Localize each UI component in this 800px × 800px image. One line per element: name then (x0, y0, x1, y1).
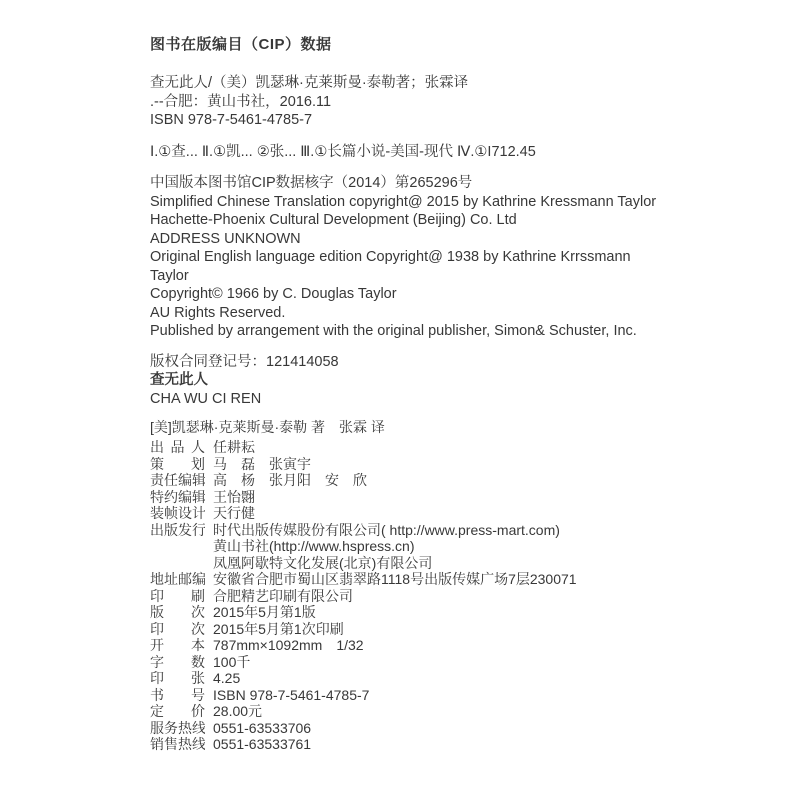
credit-value: 787mm×1092mm 1/32 (213, 637, 364, 654)
author-translator-line: [美]凯瑟琳·克莱斯曼·泰勒 著 张霖 译 (150, 419, 712, 436)
credit-value: 100千 (213, 654, 250, 671)
copyright-line: AU Rights Reserved. (150, 304, 712, 323)
credit-label: 出品人 (150, 439, 205, 456)
credit-label: 印张 (150, 670, 205, 687)
copyright-line: Hachette-Phoenix Cultural Development (B… (150, 211, 712, 230)
copyright-block: 中国版本图书馆CIP数据核字（2014）第265296号 Simplified … (150, 174, 712, 341)
credit-value: 0551-63533706 (213, 720, 311, 737)
credit-label: 特约编辑 (150, 489, 205, 506)
credit-value: 高 杨 张月阳 安 欣 (213, 472, 367, 489)
credit-label: 开本 (150, 637, 205, 654)
colophon-credits: 出品人 任耕耘 策划 马 磊 张寅宇 责任编辑 高 杨 张月阳 安 欣 特约编辑… (150, 439, 712, 753)
credit-row-format: 开本 787mm×1092mm 1/32 (150, 637, 712, 654)
credit-value: 4.25 (213, 670, 240, 687)
credit-row-printer: 印刷 合肥精艺印刷有限公司 (150, 588, 712, 605)
credit-row-service-hotline: 服务热线 0551-63533706 (150, 720, 712, 737)
credit-label: 字数 (150, 654, 205, 671)
credit-row-producer: 出品人 任耕耘 (150, 439, 712, 456)
cip-record-block: 查无此人/（美）凯瑟琳·克莱斯曼·泰勒著；张霖译 .--合肥：黄山书社，2016… (150, 74, 712, 130)
copyright-line: Simplified Chinese Translation copyright… (150, 193, 712, 212)
registration-block: 版权合同登记号：121414058 查无此人 CHA WU CI REN (150, 353, 712, 409)
book-title-pinyin: CHA WU CI REN (150, 390, 712, 409)
credit-row-isbn: 书号 ISBN 978-7-5461-4785-7 (150, 687, 712, 704)
cip-record-line-title: 查无此人/（美）凯瑟琳·克莱斯曼·泰勒著；张霖译 (150, 74, 712, 93)
credit-row-publisher: 出版发行 时代出版传媒股份有限公司( http://www.press-mart… (150, 522, 712, 572)
credit-row-design: 装帧设计 天行健 (150, 505, 712, 522)
copyright-line: Taylor (150, 267, 712, 286)
credit-label: 策划 (150, 456, 205, 473)
credit-value: 2015年5月第1版 (213, 604, 316, 621)
credit-row-word-count: 字数 100千 (150, 654, 712, 671)
credit-label: 印次 (150, 621, 205, 638)
credit-label: 责任编辑 (150, 472, 205, 489)
credit-value: 2015年5月第1次印刷 (213, 621, 344, 638)
credit-row-sales-hotline: 销售热线 0551-63533761 (150, 736, 712, 753)
cip-header: 图书在版编目（CIP）数据 (150, 36, 712, 54)
credit-value: 0551-63533761 (213, 736, 311, 753)
registration-number: 版权合同登记号：121414058 (150, 353, 712, 372)
credit-row-printing: 印次 2015年5月第1次印刷 (150, 621, 712, 638)
credit-value: 王怡翾 (213, 489, 255, 506)
credit-row-edition: 版次 2015年5月第1版 (150, 604, 712, 621)
credit-value: 合肥精艺印刷有限公司 (213, 588, 353, 605)
credit-value: 马 磊 张寅宇 (213, 456, 311, 473)
credit-value: 天行健 (213, 505, 255, 522)
credit-row-contributing-editor: 特约编辑 王怡翾 (150, 489, 712, 506)
credit-label: 版次 (150, 604, 205, 621)
credit-value: ISBN 978-7-5461-4785-7 (213, 687, 369, 704)
credit-label: 定价 (150, 703, 205, 720)
credit-value: 任耕耘 (213, 439, 255, 456)
copyright-line: Copyright© 1966 by C. Douglas Taylor (150, 285, 712, 304)
copyright-page: 图书在版编目（CIP）数据 查无此人/（美）凯瑟琳·克莱斯曼·泰勒著；张霖译 .… (0, 0, 800, 800)
credit-row-address: 地址邮编 安徽省合肥市蜀山区翡翠路1118号出版传媒广场7层230071 (150, 571, 712, 588)
copyright-line: ADDRESS UNKNOWN (150, 230, 712, 249)
copyright-line: Original English language edition Copyri… (150, 248, 712, 267)
credit-value: 时代出版传媒股份有限公司( http://www.press-mart.com)… (213, 522, 560, 572)
credit-label: 销售热线 (150, 736, 205, 753)
credit-label: 书号 (150, 687, 205, 704)
cip-registry-number: 中国版本图书馆CIP数据核字（2014）第265296号 (150, 174, 712, 193)
credit-label: 装帧设计 (150, 505, 205, 522)
credit-label: 出版发行 (150, 522, 205, 539)
credit-row-sheets: 印张 4.25 (150, 670, 712, 687)
credit-label: 地址邮编 (150, 571, 205, 588)
credit-row-responsible-editors: 责任编辑 高 杨 张月阳 安 欣 (150, 472, 712, 489)
cip-record-line-publisher: .--合肥：黄山书社，2016.11 (150, 93, 712, 112)
credit-value: 28.00元 (213, 703, 262, 720)
copyright-line: Published by arrangement with the origin… (150, 322, 712, 341)
cip-record-line-isbn: ISBN 978-7-5461-4785-7 (150, 111, 712, 130)
credit-label: 印刷 (150, 588, 205, 605)
credit-label: 服务热线 (150, 720, 205, 737)
book-title-cn: 查无此人 (150, 371, 712, 390)
credit-row-price: 定价 28.00元 (150, 703, 712, 720)
credit-row-planning: 策划 马 磊 张寅宇 (150, 456, 712, 473)
cip-classification: Ⅰ.①查... Ⅱ.①凯... ②张... Ⅲ.①长篇小说-美国-现代 Ⅳ.①I… (150, 143, 712, 162)
page-content: 图书在版编目（CIP）数据 查无此人/（美）凯瑟琳·克莱斯曼·泰勒著；张霖译 .… (0, 0, 800, 753)
credit-value: 安徽省合肥市蜀山区翡翠路1118号出版传媒广场7层230071 (213, 571, 577, 588)
